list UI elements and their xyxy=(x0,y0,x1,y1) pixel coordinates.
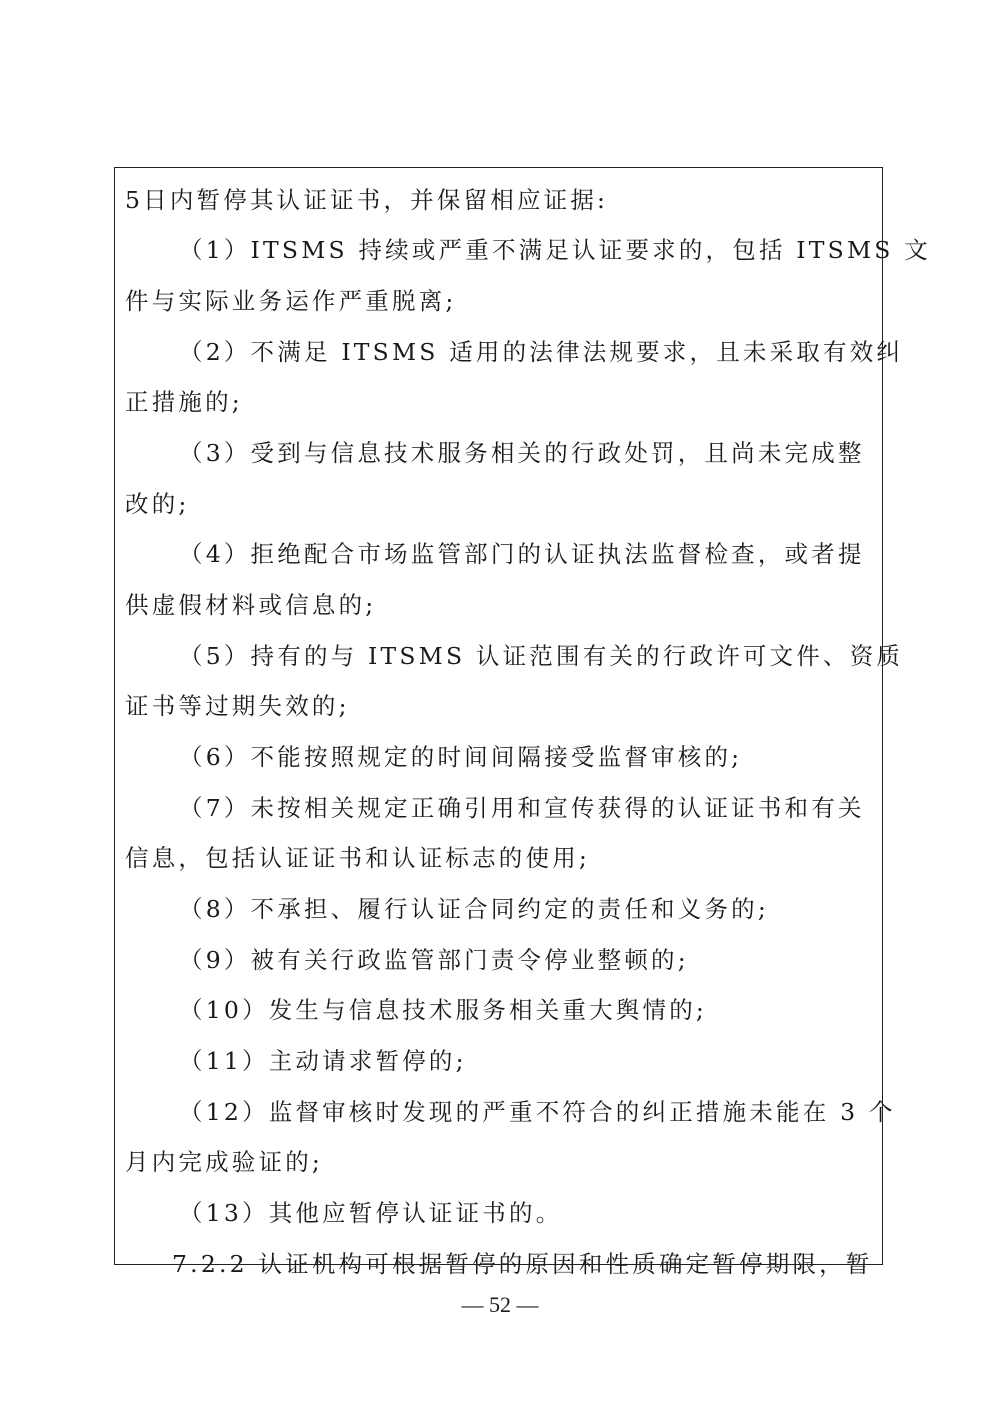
list-item-2: （2）不满足 ITSMS 适用的法律法规要求，且未采取有效纠 xyxy=(179,337,903,367)
list-item-3: （3）受到与信息技术服务相关的行政处罚，且尚未完成整 xyxy=(179,438,865,468)
page-number: — 52 — xyxy=(0,1292,1000,1318)
list-item-5: （5）持有的与 ITSMS 认证范围有关的行政许可文件、资质 xyxy=(179,641,903,671)
list-item-9: （9）被有关行政监管部门责令停业整顿的; xyxy=(179,945,689,975)
list-item-1-cont: 件与实际业务运作严重脱离; xyxy=(125,286,457,316)
list-item-7-cont: 信息，包括认证证书和认证标志的使用; xyxy=(125,843,590,873)
text-line: 5日内暂停其认证证书，并保留相应证据: xyxy=(125,185,608,215)
list-item-12: （12）监督审核时发现的严重不符合的纠正措施未能在 3 个 xyxy=(179,1097,896,1127)
list-item-4-cont: 供虚假材料或信息的; xyxy=(125,590,376,620)
list-item-3-cont: 改的; xyxy=(125,489,190,519)
clause-7-2-2: 7.2.2 认证机构可根据暂停的原因和性质确定暂停期限，暂 xyxy=(172,1249,873,1279)
document-text-box: 5日内暂停其认证证书，并保留相应证据: （1）ITSMS 持续或严重不满足认证要… xyxy=(114,167,883,1265)
list-item-12-cont: 月内完成验证的; xyxy=(125,1147,323,1177)
list-item-5-cont: 证书等过期失效的; xyxy=(125,691,350,721)
list-item-2-cont: 正措施的; xyxy=(125,387,243,417)
list-item-13: （13）其他应暂停认证证书的。 xyxy=(179,1198,562,1228)
list-item-11: （11）主动请求暂停的; xyxy=(179,1046,467,1076)
list-item-10: （10）发生与信息技术服务相关重大舆情的; xyxy=(179,995,707,1025)
list-item-4: （4）拒绝配合市场监管部门的认证执法监督检查，或者提 xyxy=(179,539,865,569)
list-item-8: （8）不承担、履行认证合同约定的责任和义务的; xyxy=(179,894,769,924)
list-item-7: （7）未按相关规定正确引用和宣传获得的认证证书和有关 xyxy=(179,793,865,823)
list-item-1: （1）ITSMS 持续或严重不满足认证要求的，包括 ITSMS 文 xyxy=(179,235,931,265)
list-item-6: （6）不能按照规定的时间间隔接受监督审核的; xyxy=(179,742,742,772)
